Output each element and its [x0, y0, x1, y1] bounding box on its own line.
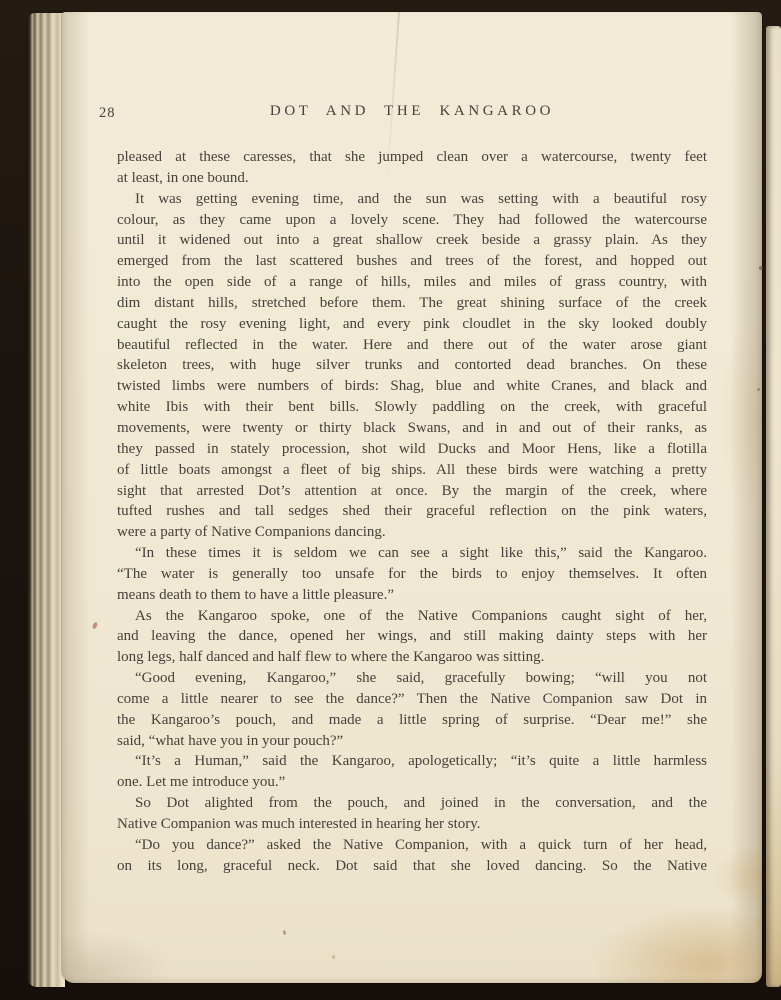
- text-line: dim distant hills, stretched before them…: [117, 293, 707, 314]
- text-line: white Ibis with their bent bills. Slowly…: [117, 397, 707, 418]
- text-line: were a party of Native Companions dancin…: [117, 522, 707, 543]
- text-line: said, “what have you in your pouch?”: [117, 731, 707, 752]
- text-line: at least, in one bound.: [117, 168, 707, 189]
- text-line: one. Let me introduce you.”: [117, 772, 707, 793]
- page-content: 28 DOT AND THE KANGAROO pleased at these…: [117, 103, 707, 877]
- paper-speck: [332, 955, 335, 959]
- text-line: colour, as they came upon a lovely scene…: [117, 210, 707, 231]
- text-line: It was getting evening time, and the sun…: [117, 189, 707, 210]
- underlying-page-edge: [766, 26, 781, 987]
- text-line: beautiful reflected in the water. Here a…: [117, 335, 707, 356]
- text-line: of little boats amongst a fleet of big s…: [117, 460, 707, 481]
- paper-speck: [759, 266, 763, 270]
- text-line: tufted rushes and tall sedges shed their…: [117, 501, 707, 522]
- text-line: “In these times it is seldom we can see …: [117, 543, 707, 564]
- text-line: into the open side of a range of hills, …: [117, 272, 707, 293]
- book-scan: 28 DOT AND THE KANGAROO pleased at these…: [0, 0, 781, 1000]
- running-title: DOT AND THE KANGAROO: [117, 103, 707, 120]
- page-number: 28: [99, 105, 116, 122]
- text-line: on its long, graceful neck. Dot said tha…: [117, 856, 707, 877]
- text-line: “Do you dance?” asked the Native Compani…: [117, 835, 707, 856]
- text-line: twisted limbs were numbers of birds: Sha…: [117, 376, 707, 397]
- text-line: emerged from the last scattered bushes a…: [117, 251, 707, 272]
- text-line: long legs, half danced and half flew to …: [117, 647, 707, 668]
- text-line: movements, were twenty or thirty black S…: [117, 418, 707, 439]
- text-line: they passed in stately procession, shot …: [117, 439, 707, 460]
- text-line: So Dot alighted from the pouch, and join…: [117, 793, 707, 814]
- page-edges-stack: [27, 13, 65, 987]
- text-line: until it widened out into a great shallo…: [117, 230, 707, 251]
- text-line: Native Companion was much interested in …: [117, 814, 707, 835]
- text-line: As the Kangaroo spoke, one of the Native…: [117, 606, 707, 627]
- text-line: means death to them to have a little ple…: [117, 585, 707, 606]
- text-line: sight that arrested Dot’s attention at o…: [117, 481, 707, 502]
- text-line: come a little nearer to see the dance?” …: [117, 689, 707, 710]
- text-line: caught the rosy evening light, and every…: [117, 314, 707, 335]
- text-line: the Kangaroo’s pouch, and made a little …: [117, 710, 707, 731]
- paper-speck: [757, 388, 760, 391]
- page-header: 28 DOT AND THE KANGAROO: [117, 103, 707, 125]
- body-text: pleased at these caresses, that she jump…: [117, 147, 707, 877]
- text-line: pleased at these caresses, that she jump…: [117, 147, 707, 168]
- text-line: skeleton trees, with huge silver trunks …: [117, 355, 707, 376]
- text-line: “Good evening, Kangaroo,” she said, grac…: [117, 668, 707, 689]
- text-line: and leaving the dance, opened her wings,…: [117, 626, 707, 647]
- text-line: “The water is generally too unsafe for t…: [117, 564, 707, 585]
- text-line: “It’s a Human,” said the Kangaroo, apolo…: [117, 751, 707, 772]
